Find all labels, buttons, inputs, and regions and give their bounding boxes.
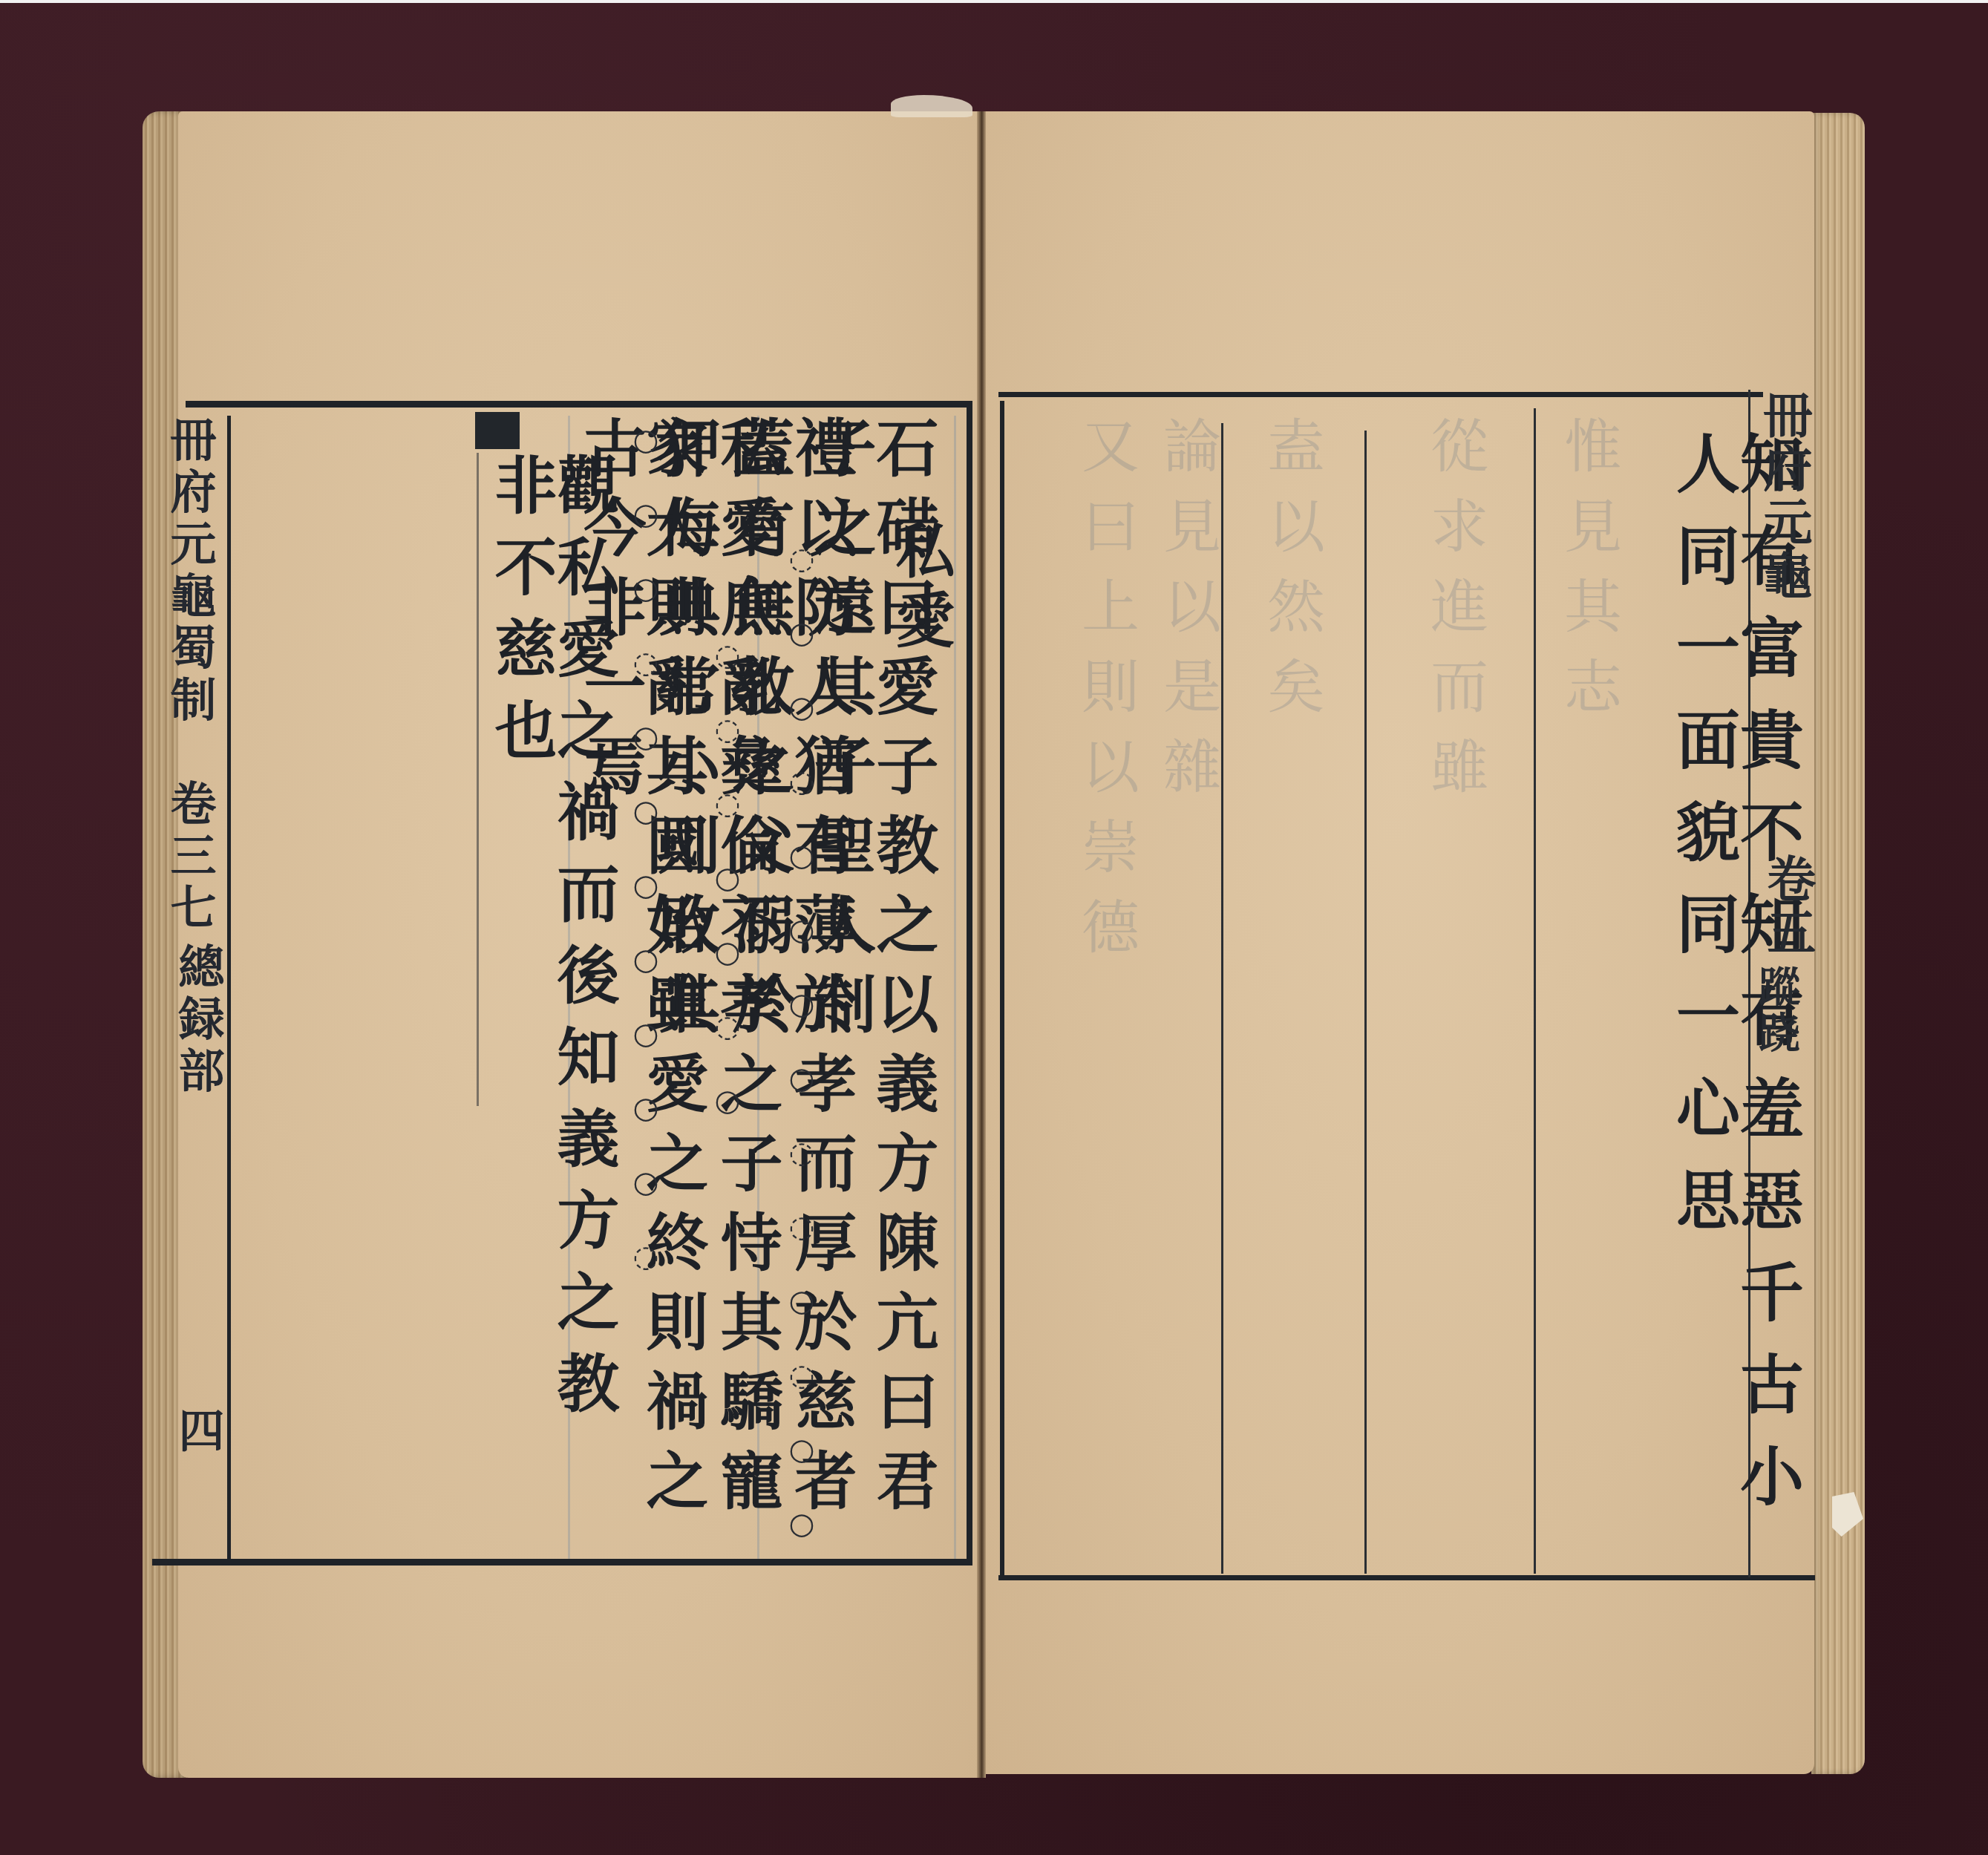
ghost-text-4: 從求進而雖 xyxy=(1425,416,1483,817)
left-frame-right xyxy=(967,405,972,1563)
left-frame-inner-left xyxy=(227,416,231,1559)
right-column-rule-3 xyxy=(1534,408,1536,1574)
right-margin-label: 蹤跷 xyxy=(1756,965,1797,1057)
text-column-5: 觀私愛之禍而後知義方之教非不慈也 xyxy=(490,453,615,1492)
margin-page-number: 四 xyxy=(174,1407,220,1459)
ghost-text-1: 又曰上則以崇德 xyxy=(1076,416,1134,977)
right-margin-note: 卷五 xyxy=(1763,854,1812,961)
right-column-rule-2 xyxy=(1364,431,1367,1574)
ghost-text-5: 惟見其志 xyxy=(1559,416,1617,736)
punctuation-circles-2: ◌◌◌○○◌○ xyxy=(713,638,742,1158)
right-frame-top xyxy=(998,392,1763,397)
left-frame-corner-mark xyxy=(475,412,520,449)
left-column-rule-1 xyxy=(477,453,479,1106)
book-gutter xyxy=(977,111,986,1778)
margin-section: 總録部 xyxy=(174,943,220,1099)
right-margin-title: 冊府元龜 xyxy=(1759,390,1808,603)
left-frame-top xyxy=(186,401,972,408)
margin-title: 冊府元龜蜀制 xyxy=(166,416,212,727)
right-frame-left xyxy=(1000,401,1004,1577)
ghost-text-3: 盍以然矣 xyxy=(1262,416,1320,736)
punctuation-circles-1: ◌○○◌○○○○◌◌○◌○○ xyxy=(787,542,817,1581)
top-edge xyxy=(0,0,1988,3)
punctuation-circles-3: ○○○◌○○○○○○○◌ xyxy=(631,423,661,1314)
left-frame-bottom xyxy=(152,1559,972,1566)
ghost-text-2: 論見以是雜 xyxy=(1158,416,1216,817)
margin-volume: 卷三七 xyxy=(166,779,212,935)
right-column-rule-1 xyxy=(1221,423,1223,1574)
